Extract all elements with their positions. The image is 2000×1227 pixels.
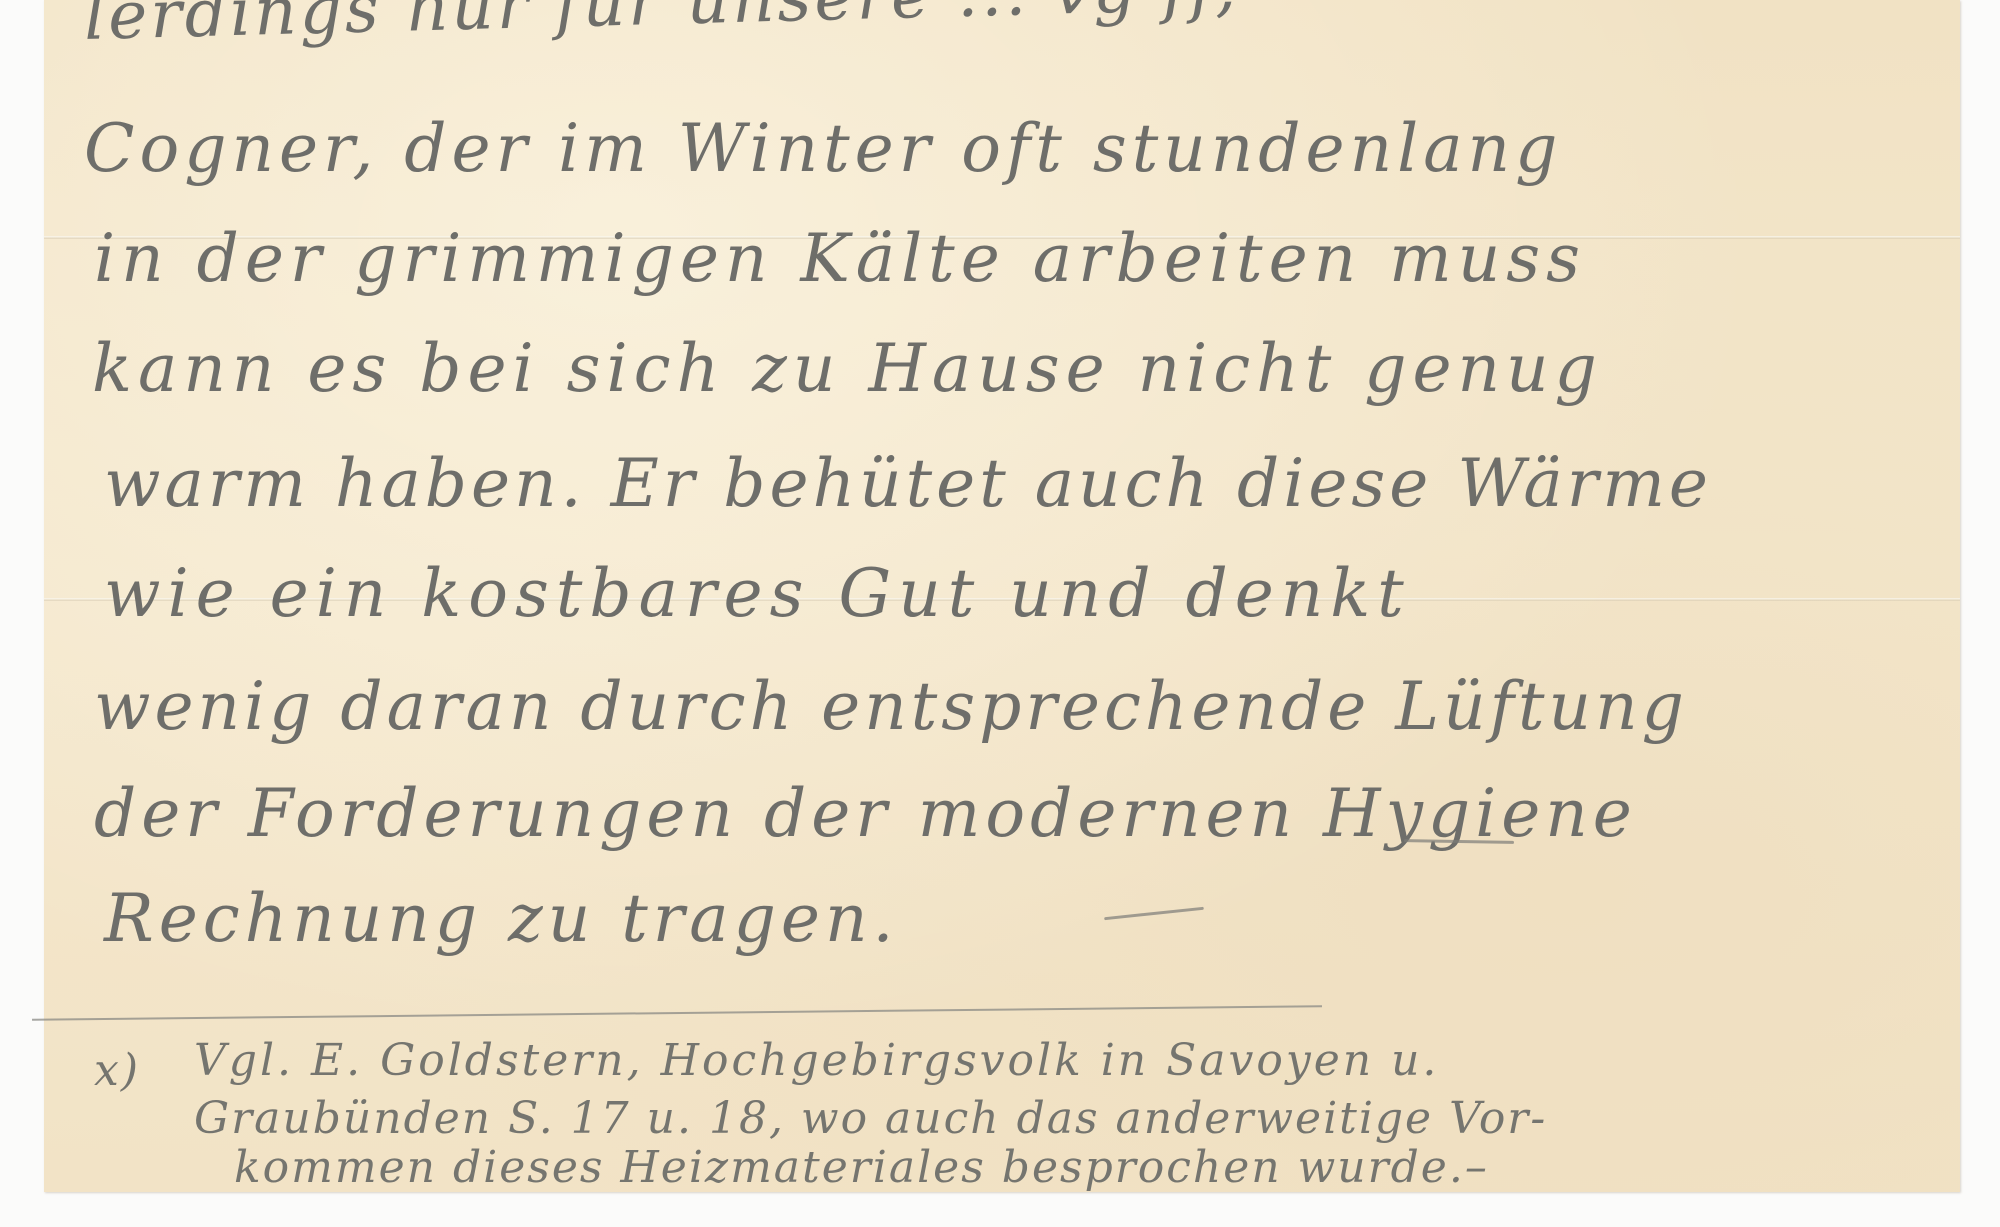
footnote-marker: x) (94, 1045, 140, 1096)
footnote-separator-rule (32, 1005, 1322, 1021)
manuscript-sheet: lerdings nur für unsere ... vg ff, Cogne… (44, 0, 1960, 1192)
footnote-line-3: kommen dieses Heizmateriales besprochen … (234, 1142, 1489, 1193)
manuscript-line-9: Rechnung zu tragen. (104, 880, 898, 957)
manuscript-line-2: Cogner, der im Winter oft stundenlang (84, 110, 1562, 187)
footnote-line-1: Vgl. E. Goldstern, Hochgebirgsvolk in Sa… (194, 1035, 1439, 1086)
end-dash (1104, 907, 1204, 920)
manuscript-line-6: wie ein kostbares Gut und denkt (104, 555, 1411, 632)
manuscript-line-7: wenig daran durch entsprechende Lüftung (94, 668, 1688, 745)
manuscript-line-3: in der grimmigen Kälte arbeiten muss (94, 220, 1586, 297)
manuscript-line-5: warm haben. Er behütet auch diese Wärme (104, 445, 1712, 522)
manuscript-line-4: kann es bei sich zu Hause nicht genug (92, 330, 1603, 407)
manuscript-line-1: lerdings nur für unsere ... vg ff, (83, 0, 1240, 55)
footnote-line-2: Graubünden S. 17 u. 18, wo auch das ande… (194, 1093, 1547, 1144)
